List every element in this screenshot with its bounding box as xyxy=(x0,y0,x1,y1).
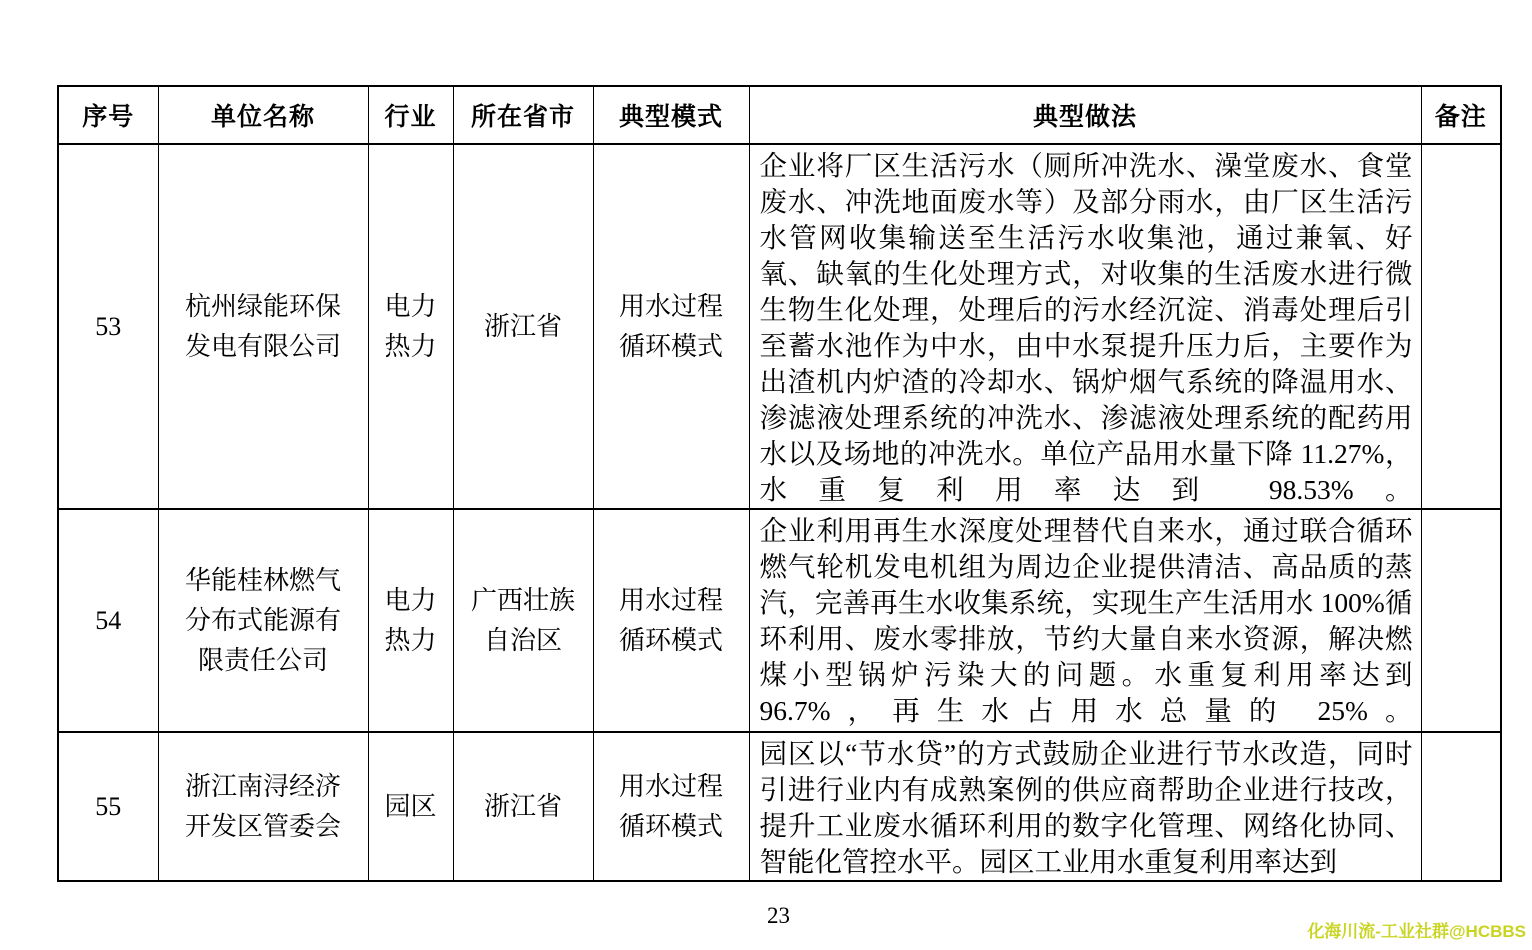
table-row: 53 杭州绿能环保 发电有限公司 电力 热力 浙江省 用水过程 循环模式 企业将… xyxy=(58,144,1501,509)
col-header-province: 所在省市 xyxy=(453,86,593,144)
cell-remark xyxy=(1421,732,1501,881)
page-number: 23 xyxy=(57,903,1500,929)
cell-practice: 企业将厂区生活污水（厕所冲洗水、澡堂废水、食堂废水、冲洗地面废水等）及部分雨水，… xyxy=(749,144,1421,509)
col-header-mode: 典型模式 xyxy=(593,86,749,144)
col-header-remark: 备注 xyxy=(1421,86,1501,144)
cell-mode: 用水过程 循环模式 xyxy=(593,144,749,509)
cell-industry: 电力 热力 xyxy=(368,509,453,732)
table-row: 55 浙江南浔经济 开发区管委会 园区 浙江省 用水过程 循环模式 园区以“节水… xyxy=(58,732,1501,881)
table-row: 54 华能桂林燃气 分布式能源有 限责任公司 电力 热力 广西壮族 自治区 用水… xyxy=(58,509,1501,732)
cell-practice: 园区以“节水贷”的方式鼓励企业进行节水改造，同时引进行业内有成熟案例的供应商帮助… xyxy=(749,732,1421,881)
cell-unit-name: 杭州绿能环保 发电有限公司 xyxy=(158,144,368,509)
cell-mode: 用水过程 循环模式 xyxy=(593,732,749,881)
cell-province: 广西壮族 自治区 xyxy=(453,509,593,732)
cell-seq: 55 xyxy=(58,732,158,881)
cell-seq: 53 xyxy=(58,144,158,509)
col-header-seq: 序号 xyxy=(58,86,158,144)
table-header-row: 序号 单位名称 行业 所在省市 典型模式 典型做法 备注 xyxy=(58,86,1501,144)
cell-remark xyxy=(1421,509,1501,732)
watermark-text: 化海川流-工业社群@HCBBS xyxy=(1307,917,1526,942)
typical-cases-table-container: 序号 单位名称 行业 所在省市 典型模式 典型做法 备注 53 杭州绿能环保 发… xyxy=(57,85,1500,882)
cell-mode: 用水过程 循环模式 xyxy=(593,509,749,732)
cell-seq: 54 xyxy=(58,509,158,732)
cell-industry: 电力 热力 xyxy=(368,144,453,509)
col-header-industry: 行业 xyxy=(368,86,453,144)
col-header-name: 单位名称 xyxy=(158,86,368,144)
cell-practice: 企业利用再生水深度处理替代自来水，通过联合循环燃气轮机发电机组为周边企业提供清洁… xyxy=(749,509,1421,732)
cell-province: 浙江省 xyxy=(453,144,593,509)
cell-unit-name: 浙江南浔经济 开发区管委会 xyxy=(158,732,368,881)
col-header-practice: 典型做法 xyxy=(749,86,1421,144)
cell-remark xyxy=(1421,144,1501,509)
cell-province: 浙江省 xyxy=(453,732,593,881)
cell-industry: 园区 xyxy=(368,732,453,881)
cell-unit-name: 华能桂林燃气 分布式能源有 限责任公司 xyxy=(158,509,368,732)
typical-cases-table: 序号 单位名称 行业 所在省市 典型模式 典型做法 备注 53 杭州绿能环保 发… xyxy=(57,85,1502,882)
